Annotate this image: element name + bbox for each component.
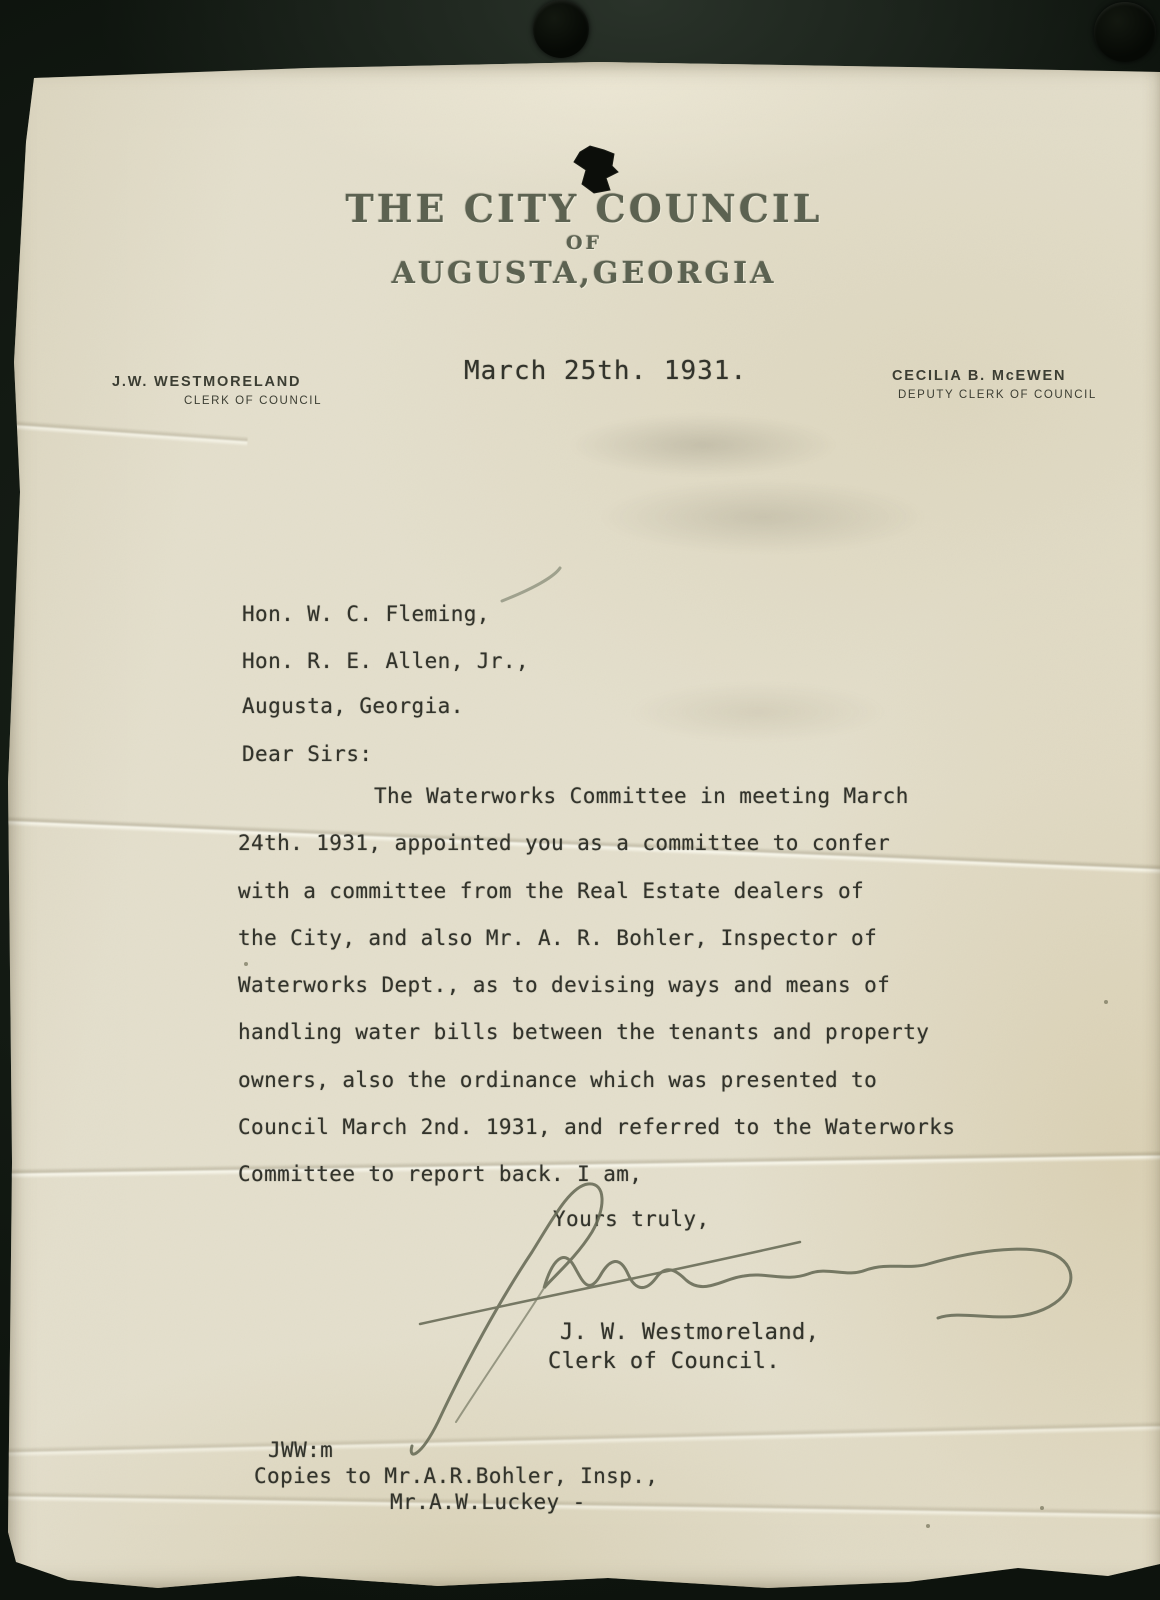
letterhead-city: AUGUSTA,GEORGIA: [8, 256, 1160, 291]
signature-typed-name: J. W. Westmoreland,: [560, 1320, 819, 1345]
ink-smudge-stain: [598, 480, 928, 554]
closing-phrase: Yours truly,: [553, 1207, 710, 1231]
clerk-of-council-title: CLERK OF COUNCIL: [184, 395, 322, 407]
copies-line: Copies to Mr.A.R.Bohler, Insp.,: [254, 1464, 658, 1488]
body-line: The Waterworks Committee in meeting Marc…: [238, 784, 998, 831]
letterhead-of: OF: [8, 232, 1160, 254]
paper-speck: [926, 1524, 930, 1528]
paper-fold-crease: [0, 1420, 1160, 1459]
typist-initials: JWW:m: [268, 1438, 333, 1462]
copies-line: Mr.A.W.Luckey -: [390, 1490, 586, 1514]
ink-smudge-stain: [568, 414, 838, 476]
body-line: owners, also the ordinance which was pre…: [238, 1068, 998, 1115]
addressee-line: Hon. W. C. Fleming,: [242, 602, 490, 626]
deputy-clerk-title: DEPUTY CLERK OF COUNCIL: [898, 389, 1097, 401]
body-line: handling water bills between the tenants…: [238, 1020, 998, 1067]
paper-fold-crease: [0, 418, 248, 447]
salutation: Dear Sirs:: [242, 742, 372, 766]
clerk-of-council-name: J.W. WESTMORELAND: [112, 374, 301, 390]
signature: [411, 1184, 1071, 1454]
body-line: Council March 2nd. 1931, and referred to…: [238, 1115, 998, 1162]
letter-page: THE CITY COUNCIL OF AUGUSTA,GEORGIA J.W.…: [8, 62, 1160, 1592]
body-line: 24th. 1931, appointed you as a committee…: [238, 831, 998, 878]
scanned-letter-photo: THE CITY COUNCIL OF AUGUSTA,GEORGIA J.W.…: [0, 0, 1160, 1600]
punch-hole-icon: [1094, 2, 1156, 62]
body-line: with a committee from the Real Estate de…: [238, 879, 998, 926]
addressee-line: Hon. R. E. Allen, Jr.,: [242, 649, 529, 673]
punch-hole-icon: [533, 0, 589, 58]
body-line: the City, and also Mr. A. R. Bohler, Ins…: [238, 926, 998, 973]
deputy-clerk-name: CECILIA B. McEWEN: [892, 368, 1066, 384]
pencil-checkmark-icon: [502, 568, 560, 601]
addressee-line: Augusta, Georgia.: [242, 694, 464, 718]
paper-speck: [1104, 1000, 1108, 1004]
body-line: Committee to report back. I am,: [238, 1162, 998, 1209]
letter-body: The Waterworks Committee in meeting Marc…: [238, 784, 998, 1210]
body-line: Waterworks Dept., as to devising ways an…: [238, 973, 998, 1020]
paper-speck: [1040, 1506, 1044, 1510]
ink-smudge-stain: [628, 682, 888, 742]
signature-typed-title: Clerk of Council.: [548, 1349, 780, 1374]
letter-date: March 25th. 1931.: [464, 356, 747, 386]
letterhead-org-name: THE CITY COUNCIL: [8, 186, 1160, 231]
